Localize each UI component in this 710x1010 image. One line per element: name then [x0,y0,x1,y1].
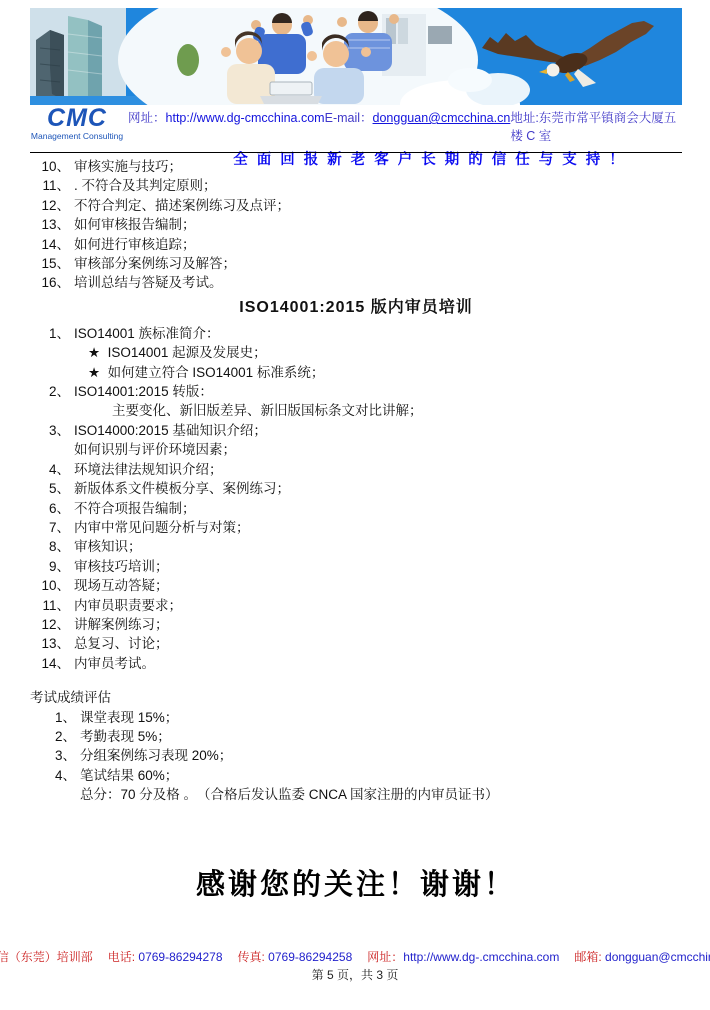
intro-list: 10、 审核实施与技巧； 11、 . 不符合及其判定原则； 12、 不符合判定、… [30,157,682,293]
exam-list: 1、 课堂表现 15%； 2、 考勤表现 5%； 3、 分组案例练习表现 20%… [30,708,682,805]
list-item: 1、 ISO14001 族标准简介： [30,324,682,343]
list-item: 16、 培训总结与答疑及考试。 [30,273,682,292]
list-item-text: 审核技巧培训； [74,557,169,576]
list-item-number: 4、 [30,766,76,785]
list-item: 13、 总复习、讨论； [30,634,682,653]
footer-segment: 网址：http://www.dg-.cmcchina.com [367,949,559,965]
website-link[interactable]: http://www.dg-cmcchina.com [166,111,325,125]
list-item-text: 不符合项报告编制； [74,499,196,518]
list-item: 5、 新版体系文件模板分享、案例练习； [30,479,682,498]
course-list: 1、 ISO14001 族标准简介： ★ ISO14001 起源及发展史； ★ … [30,324,682,673]
list-item-number: 5、 [30,479,70,498]
list-item-number: 1、 [30,324,70,343]
list-item: ★ 如何建立符合 ISO14001 标准系统； [30,363,682,382]
list-item-text: 如何进行审核追踪； [74,235,196,254]
list-item-text: 新版体系文件模板分享、案例练习； [74,479,290,498]
course-title: ISO14001:2015 版内审员培训 [30,298,682,318]
exam-heading: 考试成绩评估 [30,688,682,707]
list-item-number [30,401,70,420]
list-item-number [30,785,76,804]
list-item-number: 10、 [30,576,70,595]
logo-wordmark: CMC [30,106,124,130]
list-item: 10、 审核实施与技巧； [30,157,682,176]
list-item-text: 内审中常见问题分析与对策； [74,518,250,537]
page-footer: 康达信（东莞）培训部电话: 0769-86294278传真: 0769-8629… [0,949,710,983]
banner-graphic [30,8,682,105]
list-item-number: 3、 [30,421,70,440]
list-item: 总分：70 分及格 。 （合格后发认监委 CNCA 国家注册的内审员证书） [30,785,682,804]
footer-label: 邮箱: [574,950,605,964]
list-item-text: 总复习、讨论； [74,634,169,653]
list-item: 14、 内审员考试。 [30,654,682,673]
contact-line: 网址：http://www.dg-cmcchina.com E-mail：don… [124,106,682,144]
list-item-number: 15、 [30,254,70,273]
list-item: 12、 讲解案例练习； [30,615,682,634]
list-item-text: 如何审核报告编制； [74,215,196,234]
list-item: 10、 现场互动答疑； [30,576,682,595]
list-item-number: 11、 [30,176,70,195]
footer-segment: 电话: 0769-86294278 [108,949,223,965]
list-item-text: 现场互动答疑； [74,576,169,595]
list-item-number [30,363,70,382]
footer-segment: 邮箱: dongguan@cmcchina.cn [574,949,710,965]
list-item: 14、 如何进行审核追踪； [30,235,682,254]
list-item-text: ISO14001:2015 转版： [74,382,213,401]
list-item-text: 笔试结果 60%； [80,766,178,785]
list-item-number [30,440,70,459]
list-item-number: 6、 [30,499,70,518]
list-item-text: 考勤表现 5%； [80,727,171,746]
list-item-text: ★ 如何建立符合 ISO14001 标准系统； [88,363,324,382]
logo-subtitle: Management Consulting [30,131,124,141]
list-item-number: 2、 [30,727,76,746]
list-item: 8、 审核知识； [30,537,682,556]
list-item: 1、 课堂表现 15%； [30,708,682,727]
list-item-number: 9、 [30,557,70,576]
website-pair: 网址：http://www.dg-cmcchina.com [128,108,325,126]
footer-contact-line: 康达信（东莞）培训部电话: 0769-86294278传真: 0769-8629… [0,949,710,965]
list-item: 4、 环境法律法规知识介绍； [30,460,682,479]
list-item-number: 13、 [30,634,70,653]
header: CMC Management Consulting 网址：http://www.… [30,106,682,152]
list-item-text: 总分：70 分及格 。 （合格后发认监委 CNCA 国家注册的内审员证书） [80,785,499,804]
list-item-text: 审核实施与技巧； [74,157,182,176]
footer-segment: 康达信（东莞）培训部 [0,949,93,965]
footer-label: 电话: [108,950,139,964]
list-item-text: 分组案例练习表现 20%； [80,746,232,765]
list-item-number: 13、 [30,215,70,234]
list-item: 11、 内审员职责要求； [30,596,682,615]
list-item-number: 10、 [30,157,70,176]
header-right: 网址：http://www.dg-cmcchina.com E-mail：don… [124,106,682,152]
list-item-text: 不符合判定、描述案例练习及点评； [74,196,290,215]
list-item-number [30,343,70,362]
list-item: 12、 不符合判定、描述案例练习及点评； [30,196,682,215]
list-item-number: 3、 [30,746,76,765]
list-item: 4、 笔试结果 60%； [30,766,682,785]
email-pair: E-mail：dongguan@cmcchina.cn [325,108,511,126]
list-item: 如何识别与评价环境因素； [30,440,682,459]
footer-value: http://www.dg-.cmcchina.com [403,950,559,964]
list-item-text: 讲解案例练习； [74,615,169,634]
list-item-number: 7、 [30,518,70,537]
footer-label: 康达信（东莞）培训部 [0,950,93,964]
list-item-number: 14、 [30,654,70,673]
footer-value: 0769-86294258 [268,950,352,964]
thanks-message: 感谢您的关注！谢谢！ [30,862,682,903]
address-text: 地址:东莞市常平镇商会大厦五楼 C 室 [510,108,682,144]
header-divider [30,152,682,153]
list-item-text: 课堂表现 15%； [80,708,178,727]
list-item-number: 12、 [30,615,70,634]
list-item: 9、 审核技巧培训； [30,557,682,576]
list-item-number: 1、 [30,708,76,727]
website-label: 网址： [128,111,166,125]
list-item-number: 2、 [30,382,70,401]
list-item: 13、 如何审核报告编制； [30,215,682,234]
footer-value: dongguan@cmcchina.cn [605,950,710,964]
exam-section: 考试成绩评估 1、 课堂表现 15%； 2、 考勤表现 5%； 3、 分组案例练… [30,688,682,804]
list-item: 11、 . 不符合及其判定原则； [30,176,682,195]
list-item-text: 培训总结与答疑及考试。 [74,273,223,292]
list-item-text: ISO14001 族标准简介： [74,324,220,343]
document-body: 10、 审核实施与技巧； 11、 . 不符合及其判定原则； 12、 不符合判定、… [30,157,682,903]
list-item: 6、 不符合项报告编制； [30,499,682,518]
list-item-text: 审核知识； [74,537,142,556]
list-item-number: 11、 [30,596,70,615]
list-item: 主要变化、新旧版差异、新旧版国标条文对比讲解； [30,401,682,420]
list-item: 2、 考勤表现 5%； [30,727,682,746]
email-label: E-mail： [325,111,373,125]
list-item-text: 环境法律法规知识介绍； [74,460,223,479]
list-item-text: 如何识别与评价环境因素； [74,440,236,459]
list-item-text: . 不符合及其判定原则； [74,176,217,195]
list-item-number: 12、 [30,196,70,215]
cmc-logo: CMC Management Consulting [30,106,124,152]
list-item-number: 14、 [30,235,70,254]
list-item: 7、 内审中常见问题分析与对策； [30,518,682,537]
page-number: 第 5 页，共 3 页 [0,967,710,983]
list-item: 2、 ISO14001:2015 转版： [30,382,682,401]
footer-label: 传真: [238,950,269,964]
footer-segment: 传真: 0769-86294258 [238,949,353,965]
list-item-text: 主要变化、新旧版差异、新旧版国标条文对比讲解； [112,401,423,420]
list-item-number: 16、 [30,273,70,292]
list-item: ★ ISO14001 起源及发展史； [30,343,682,362]
list-item-text: ISO14000:2015 基础知识介绍； [74,421,267,440]
list-item: 3、 分组案例练习表现 20%； [30,746,682,765]
list-item-text: 内审员职责要求； [74,596,182,615]
list-item-number: 4、 [30,460,70,479]
list-item-text: 内审员考试。 [74,654,155,673]
email-link[interactable]: dongguan@cmcchina.cn [373,111,511,125]
banner-image [30,8,682,105]
list-item-number: 8、 [30,537,70,556]
footer-value: 0769-86294278 [138,950,222,964]
list-item-text: ★ ISO14001 起源及发展史； [88,343,267,362]
list-item-text: 审核部分案例练习及解答； [74,254,236,273]
list-item: 15、 审核部分案例练习及解答； [30,254,682,273]
footer-label: 网址： [367,950,403,964]
list-item: 3、 ISO14000:2015 基础知识介绍； [30,421,682,440]
